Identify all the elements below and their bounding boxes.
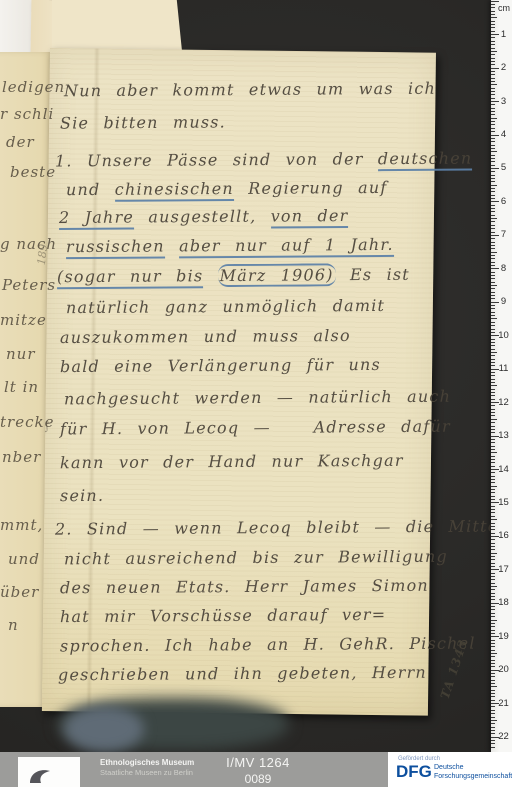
ruler-tick <box>491 385 497 386</box>
ruler-tick <box>491 221 495 222</box>
ruler-tick <box>491 666 495 667</box>
ruler-tick <box>491 586 497 587</box>
ruler-tick <box>491 118 497 119</box>
ruler-unit-label: cm <box>498 3 510 13</box>
ruler-tick <box>491 372 495 373</box>
ruler-tick <box>491 747 495 748</box>
ruler-tick <box>491 546 495 547</box>
ruler-tick <box>491 643 495 644</box>
ruler-tick <box>491 285 497 286</box>
ruler-number: 6 <box>496 196 511 207</box>
ruler-tick <box>491 14 495 15</box>
ruler-tick <box>491 359 495 360</box>
ruler-tick <box>491 11 495 12</box>
ruler-tick <box>491 352 497 353</box>
fragment-text: lt in <box>4 378 39 396</box>
manuscript-line: Sie bitten muss. <box>60 112 226 132</box>
ruler-tick <box>491 740 495 741</box>
ruler-tick <box>491 489 495 490</box>
ruler-tick <box>491 556 495 557</box>
ruler-tick <box>491 442 495 443</box>
ruler-tick <box>491 158 495 159</box>
ruler-tick <box>491 462 495 463</box>
ruler-tick <box>491 633 495 634</box>
ruler-tick <box>491 278 495 279</box>
ruler-tick <box>491 41 495 42</box>
ruler-tick <box>491 690 495 691</box>
ruler-tick <box>491 71 495 72</box>
manuscript-line: auszukommen und muss also <box>60 326 351 347</box>
manuscript-line: Nun aber kommt etwas um was ich <box>64 79 436 101</box>
ruler-tick <box>491 84 497 85</box>
ruler-tick <box>491 355 495 356</box>
ruler-tick <box>491 523 495 524</box>
ruler-tick <box>491 529 495 530</box>
ruler-tick <box>491 706 495 707</box>
ruler-tick <box>491 446 495 447</box>
funder-name-line2: Forschungsgemeinschaft <box>434 773 512 782</box>
ruler-tick <box>491 21 495 22</box>
ruler-number: 19 <box>496 631 511 642</box>
ruler-tick <box>491 318 497 319</box>
ruler-tick <box>491 422 495 423</box>
pencil-mark: 189 <box>35 243 50 265</box>
ruler-tick <box>491 613 495 614</box>
ruler-tick <box>491 646 495 647</box>
ruler-tick <box>491 298 495 299</box>
ruler-tick <box>491 7 495 8</box>
ruler-tick <box>491 81 495 82</box>
ruler-tick <box>491 305 495 306</box>
ruler-tick <box>491 148 495 149</box>
ruler-tick <box>491 476 495 477</box>
manuscript-line: (sogar nur bis März 1906) Es ist <box>57 265 410 286</box>
ruler-tick <box>491 24 495 25</box>
document-id-block: I/MV 1264 0089 <box>178 755 338 786</box>
ruler-tick <box>491 238 495 239</box>
ruler-tick <box>491 713 495 714</box>
ruler: cm 12345678910111213141516171819202122 <box>491 0 512 753</box>
ruler-tick <box>491 553 497 554</box>
ruler-tick <box>491 589 495 590</box>
ruler-tick <box>491 559 495 560</box>
fragment-text: Peters <box>2 276 56 294</box>
ruler-tick <box>491 486 497 487</box>
ruler-tick <box>491 181 495 182</box>
ruler-tick <box>491 325 495 326</box>
ruler-tick <box>491 653 497 654</box>
ruler-tick <box>491 315 495 316</box>
funder-name-line1: Deutsche <box>434 764 512 773</box>
ruler-tick <box>491 308 495 309</box>
ruler-tick <box>491 389 495 390</box>
ruler-tick <box>491 185 497 186</box>
ruler-tick <box>491 683 495 684</box>
page-number: 0089 <box>178 772 338 786</box>
manuscript-line: 2. Sind — wenn Lecoq bleibt — die Mittel <box>55 516 505 538</box>
ruler-tick <box>491 31 495 32</box>
ruler-tick <box>491 171 495 172</box>
manuscript-line: nachgesucht werden — natürlich auch <box>64 387 451 409</box>
ruler-tick <box>491 656 495 657</box>
ruler-tick <box>491 111 495 112</box>
ruler-tick <box>491 616 495 617</box>
ruler-tick <box>491 696 495 697</box>
ruler-number: 18 <box>496 597 511 608</box>
ruler-tick <box>491 332 495 333</box>
ruler-tick <box>491 630 495 631</box>
ruler-tick <box>491 452 497 453</box>
ruler-tick <box>491 108 495 109</box>
manuscript-line: kann vor der Hand nur Kaschgar <box>60 451 404 472</box>
fragment-text: mitze <box>0 311 47 329</box>
ruler-tick <box>491 365 495 366</box>
ruler-number: 11 <box>496 363 511 374</box>
ruler-tick <box>491 727 495 728</box>
ruler-tick <box>491 382 495 383</box>
manuscript-line: des neuen Etats. Herr James Simon <box>60 576 429 598</box>
ruler-tick <box>491 730 495 731</box>
ruler-tick <box>491 242 495 243</box>
ruler-tick <box>491 375 495 376</box>
ruler-tick <box>491 660 495 661</box>
ruler-tick <box>491 104 495 105</box>
ruler-number: 20 <box>496 664 511 675</box>
ruler-tick <box>491 733 495 734</box>
ruler-tick <box>491 720 497 721</box>
fragment-text: nber <box>2 448 41 466</box>
ruler-tick <box>491 650 495 651</box>
ruler-tick <box>491 673 495 674</box>
ruler-tick <box>491 165 495 166</box>
fragment-text: und <box>8 550 40 568</box>
ruler-tick <box>491 255 495 256</box>
ruler-tick <box>491 131 495 132</box>
pencil-mark: ∫ <box>43 420 50 434</box>
funding-box: Gefördert durch DFG Deutsche Forschungsg… <box>388 752 512 787</box>
dfg-logo: DFG <box>396 762 432 782</box>
ruler-number: 14 <box>496 464 511 475</box>
ruler-tick <box>491 456 495 457</box>
manuscript-line: bald eine Verlängerung für uns <box>60 355 381 376</box>
ruler-tick <box>491 252 497 253</box>
ruler-tick <box>491 392 495 393</box>
ruler-tick <box>491 121 495 122</box>
ruler-tick <box>491 98 495 99</box>
ruler-number: 1 <box>496 29 511 40</box>
ruler-tick <box>491 362 495 363</box>
ruler-tick <box>491 640 495 641</box>
ruler-tick <box>491 1 499 2</box>
scan-viewport: ledigenr schliderbesteg nachPetersmitzen… <box>0 0 512 787</box>
ruler-tick <box>491 593 495 594</box>
ruler-tick <box>491 415 495 416</box>
fragment-text: n <box>8 616 19 634</box>
museum-logo-icon <box>18 757 80 787</box>
ruler-tick <box>491 512 495 513</box>
ruler-tick <box>491 262 495 263</box>
ruler-tick <box>491 151 497 152</box>
ruler-tick <box>491 349 495 350</box>
ruler-tick <box>491 339 495 340</box>
fragment-text: der <box>6 133 35 151</box>
ruler-tick <box>491 626 495 627</box>
ruler-number: 17 <box>496 564 511 575</box>
ruler-tick <box>491 526 495 527</box>
ruler-tick <box>491 519 497 520</box>
ruler-tick <box>491 623 495 624</box>
manuscript-line: natürlich ganz unmöglich damit <box>66 296 385 317</box>
ruler-tick <box>491 399 495 400</box>
ruler-number: 15 <box>496 497 511 508</box>
ruler-tick <box>491 342 495 343</box>
ruler-tick <box>491 379 495 380</box>
ruler-number: 5 <box>496 162 511 173</box>
ruler-tick <box>491 676 495 677</box>
ruler-tick <box>491 155 495 156</box>
ruler-tick <box>491 566 495 567</box>
ruler-tick <box>491 516 495 517</box>
footer-bar: Ethnologisches Museum Staatliche Museen … <box>0 752 512 787</box>
funder-name: Deutsche Forschungsgemeinschaft <box>434 764 512 781</box>
fragment-text: r schli <box>0 105 54 123</box>
ruler-number: 21 <box>496 698 511 709</box>
ruler-tick <box>491 178 495 179</box>
ruler-tick <box>491 439 495 440</box>
ruler-tick <box>491 609 495 610</box>
ruler-tick <box>491 717 495 718</box>
ruler-number: 9 <box>496 296 511 307</box>
ruler-tick <box>491 54 495 55</box>
ruler-number: 8 <box>496 263 511 274</box>
ruler-tick <box>491 395 495 396</box>
ruler-number: 22 <box>496 731 511 742</box>
ruler-tick <box>491 218 497 219</box>
ruler-tick <box>491 78 495 79</box>
ruler-tick <box>491 573 495 574</box>
ruler-tick <box>491 429 495 430</box>
ruler-tick <box>491 426 495 427</box>
ruler-tick <box>491 161 495 162</box>
ruler-tick <box>491 312 495 313</box>
ruler-number: 7 <box>496 229 511 240</box>
ruler-tick <box>491 472 495 473</box>
ruler-tick <box>491 288 495 289</box>
ruler-tick <box>491 64 495 65</box>
ruler-tick <box>491 211 495 212</box>
ruler-tick <box>491 345 495 346</box>
ruler-tick <box>491 686 497 687</box>
ruler-tick <box>491 128 495 129</box>
ruler-number: 2 <box>496 62 511 73</box>
ruler-tick <box>491 459 495 460</box>
ruler-tick <box>491 205 495 206</box>
ruler-tick <box>491 563 495 564</box>
ruler-tick <box>491 539 495 540</box>
ruler-tick <box>491 743 495 744</box>
ruler-tick <box>491 543 495 544</box>
manuscript-line: hat mir Vorschüsse darauf ver= <box>60 605 386 626</box>
ruler-tick <box>491 188 495 189</box>
ruler-tick <box>491 195 495 196</box>
ruler-tick <box>491 58 495 59</box>
ruler-tick <box>491 191 495 192</box>
ruler-tick <box>491 215 495 216</box>
ruler-tick <box>491 27 495 28</box>
ruler-tick <box>491 245 495 246</box>
fragment-text: über <box>0 583 39 601</box>
ruler-tick <box>491 412 495 413</box>
ruler-tick <box>491 292 495 293</box>
ruler-tick <box>491 258 495 259</box>
ruler-tick <box>491 479 495 480</box>
ruler-tick <box>491 599 495 600</box>
manuscript-line: russischen aber nur auf 1 Jahr. <box>66 235 394 256</box>
manuscript-line: sein. <box>60 486 104 505</box>
ruler-number: 10 <box>496 330 511 341</box>
ruler-tick <box>491 74 495 75</box>
document-id: I/MV 1264 <box>178 755 338 770</box>
ruler-tick <box>491 409 495 410</box>
ruler-tick <box>491 419 497 420</box>
ruler-tick <box>491 88 495 89</box>
ruler-tick <box>491 228 495 229</box>
ruler-tick <box>491 663 495 664</box>
ruler-tick <box>491 37 495 38</box>
ruler-tick <box>491 620 497 621</box>
fragment-text: ledigen <box>2 78 65 96</box>
ruler-tick <box>491 175 495 176</box>
ruler-tick <box>491 248 495 249</box>
manuscript-line: nicht ausreichend bis zur Bewilligung <box>64 547 448 569</box>
ruler-number: 13 <box>496 430 511 441</box>
ruler-tick <box>491 232 495 233</box>
ruler-tick <box>491 91 495 92</box>
ruler-tick <box>491 4 495 5</box>
ruler-tick <box>491 405 495 406</box>
ruler-tick <box>491 606 495 607</box>
ruler-tick <box>491 499 495 500</box>
ruler-number: 4 <box>496 129 511 140</box>
ruler-tick <box>491 576 495 577</box>
ruler-tick <box>491 138 495 139</box>
ruler-tick <box>491 145 495 146</box>
ruler-tick <box>491 225 495 226</box>
ruler-number: 16 <box>496 530 511 541</box>
ruler-tick <box>491 275 495 276</box>
ruler-tick <box>491 482 495 483</box>
ruler-tick <box>491 579 495 580</box>
museum-logo <box>18 757 80 787</box>
ruler-tick <box>491 700 495 701</box>
ruler-tick <box>491 322 495 323</box>
ruler-tick <box>491 124 495 125</box>
ruler-tick <box>491 282 495 283</box>
ruler-tick <box>491 506 495 507</box>
ruler-tick <box>491 114 495 115</box>
ruler-tick <box>491 265 495 266</box>
ruler-number: 3 <box>496 96 511 107</box>
ruler-tick <box>491 533 495 534</box>
ruler-tick <box>491 94 495 95</box>
ruler-tick <box>491 466 495 467</box>
ruler-tick <box>491 549 495 550</box>
ruler-tick <box>491 61 495 62</box>
manuscript-line: geschrieben und ihn gebeten, Herrn <box>58 663 427 685</box>
ruler-tick <box>491 198 495 199</box>
ruler-tick <box>491 596 495 597</box>
ruler-tick <box>491 44 495 45</box>
manuscript-line: 2 Jahre ausgestellt, von der <box>59 206 349 227</box>
manuscript-line: für H. von Lecoq — Adresse dafür <box>60 417 451 439</box>
fragment-text: beste <box>10 163 56 181</box>
fragment-text: mmt, <box>0 516 43 534</box>
ruler-tick <box>491 329 495 330</box>
ruler-tick <box>491 51 497 52</box>
ruler-tick <box>491 710 495 711</box>
manuscript-line: und chinesischen Regierung auf <box>66 178 388 199</box>
ruler-tick <box>491 492 495 493</box>
ruler-tick <box>491 449 495 450</box>
ruler-tick <box>491 583 495 584</box>
manuscript-line: 1. Unsere Pässe sind von der deutschen <box>55 149 472 171</box>
ruler-tick <box>491 509 495 510</box>
manuscript-line: sprochen. Ich habe an H. GehR. Pischel <box>60 634 476 656</box>
ruler-tick <box>491 693 495 694</box>
scan-bed-object <box>64 706 144 752</box>
ruler-tick <box>491 208 495 209</box>
ruler-tick <box>491 48 495 49</box>
ruler-tick <box>491 17 497 18</box>
ruler-tick <box>491 141 495 142</box>
ruler-tick <box>491 432 495 433</box>
ruler-tick <box>491 496 495 497</box>
ruler-tick <box>491 295 495 296</box>
ruler-tick <box>491 272 495 273</box>
ruler-tick <box>491 680 495 681</box>
fragment-text: nur <box>6 345 36 363</box>
ruler-number: 12 <box>496 397 511 408</box>
ruler-tick <box>491 723 495 724</box>
